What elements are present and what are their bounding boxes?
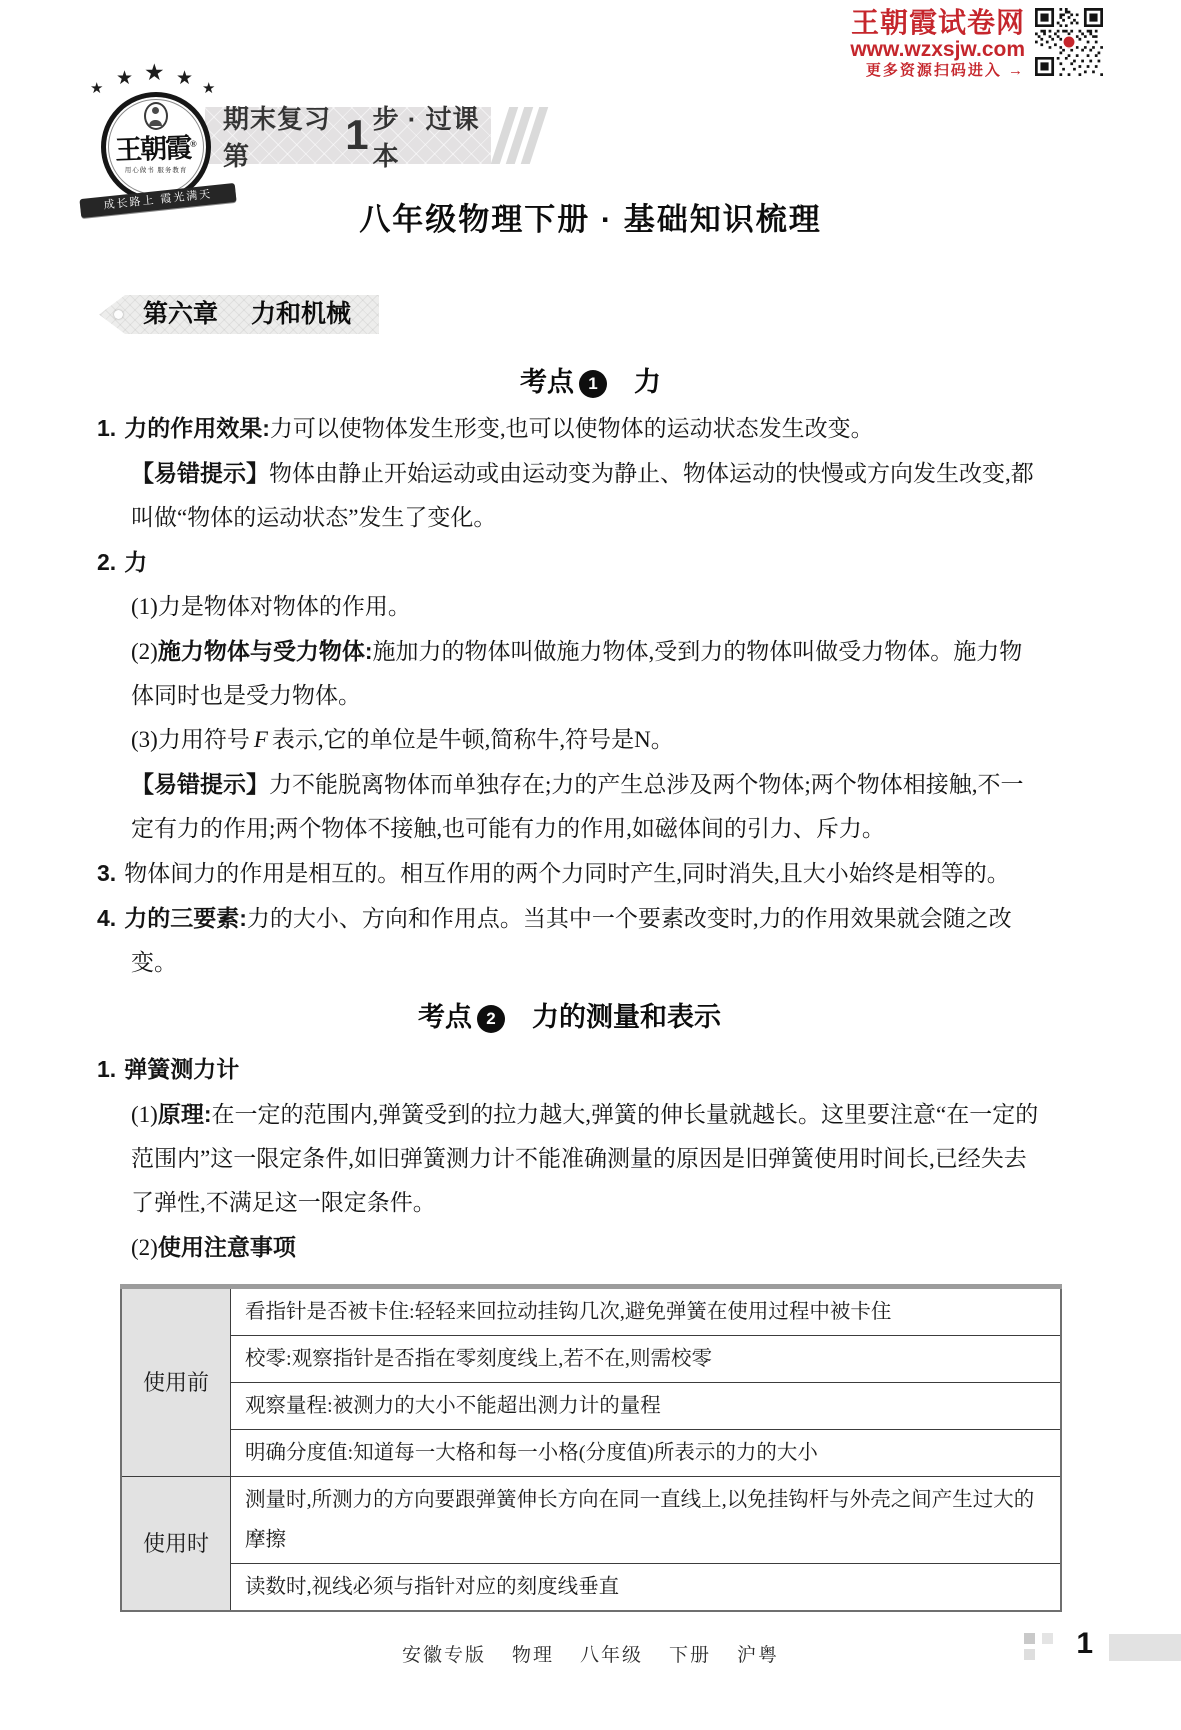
registered-mark: ® [190,139,197,149]
section-heading-kaodian-2: 考点2力的测量和表示 [97,995,1042,1039]
list-item: 4.力的三要素:力的大小、方向和作用点。当其中一个要素改变时,力的作用效果就会随… [97,896,1042,985]
table-cell: 校零:观察指针是否指在零刻度线上,若不在,则需校零 [231,1336,1062,1383]
item-lead: 弹簧测力计 [124,1056,239,1082]
table-cell: 读数时,视线必须与指针对应的刻度线垂直 [231,1564,1062,1612]
chapter-name: 力和机械 [251,300,351,328]
tip-lead: 【易错提示】 [131,771,269,797]
logo-name-text: 王朝霞 [115,133,191,166]
sub-number: (1) [131,594,158,619]
list-item: 1.弹簧测力计 [97,1047,1042,1092]
site-brand: 王朝霞试卷网 www.wzxsjw.com 更多资源扫码进入 → [850,8,1103,80]
table-cell: 观察量程:被测力的大小不能超出测力计的量程 [231,1383,1062,1430]
item-text: 力可以使物体发生形变,也可以使物体的运动状态发生改变。 [270,416,874,441]
page-number-bar [1109,1634,1181,1661]
logo-name: 王朝霞® [105,128,206,165]
banner-step-number: 1 [345,111,369,159]
kaodian-word: 考点 [418,1002,472,1032]
site-url: www.wzxsjw.com [850,38,1025,61]
sub-text: 在一定的范围内,弹簧受到的拉力越大,弹簧的伸长量就越长。这里要注意“在一定的范围… [131,1102,1038,1215]
footer-grade: 八年级 [580,1645,643,1666]
table-cell: 测量时,所测力的方向要跟弹簧伸长方向在同一直线上,以免挂钩杆与外壳之间产生过大的… [231,1477,1062,1564]
item-lead: 力 [124,549,147,575]
footer-volume: 下册 [669,1645,711,1666]
table-group-before-use: 使用前 [121,1287,231,1477]
portrait-icon [144,102,168,130]
banner-suffix: 步 · 过课本 [373,99,491,173]
table-row: 观察量程:被测力的大小不能超出测力计的量程 [121,1383,1061,1430]
kaodian-word: 考点 [520,367,574,397]
item-number: 3. [97,860,116,886]
table-row: 使用前 看指针是否被卡住:轻轻来回拉动挂钩几次,避免弹簧在使用过程中被卡住 [121,1287,1061,1336]
star-icon: ★ [116,69,133,88]
kaodian-title: 力的测量和表示 [532,1002,721,1032]
table-row: 读数时,视线必须与指针对应的刻度线垂直 [121,1564,1061,1612]
table-row: 明确分度值:知道每一大格和每一小格(分度值)所表示的力的大小 [121,1430,1061,1477]
footer-edition-line: 安徽专版物理八年级下册沪粤 [0,1640,1181,1667]
banner-prefix: 期末复习第 [223,99,342,173]
logo-circle: 王朝霞® 用心做书 服务教育 [101,92,211,202]
qr-code-icon [1035,8,1103,76]
item-number: 1. [97,1056,116,1082]
decoration-square [1024,1649,1035,1660]
table-row: 校零:观察指针是否指在零刻度线上,若不在,则需校零 [121,1336,1061,1383]
item-lead: 力的三要素: [124,905,247,931]
sub-item: (3)力用符号F表示,它的单位是牛顿,简称牛,符号是N。 [97,718,1042,762]
content-body: 1.力的作用效果:力可以使物体发生形变,也可以使物体的运动状态发生改变。 【易错… [97,406,1042,1612]
review-step-banner: 期末复习第 1 步 · 过课本 [205,107,491,164]
chapter-label: 第六章 [143,300,218,328]
sub-number: (3) [131,727,158,752]
sub-lead: 原理: [158,1101,212,1127]
site-brand-text: 王朝霞试卷网 www.wzxsjw.com 更多资源扫码进入 → [850,8,1025,80]
list-item: 1.力的作用效果:力可以使物体发生形变,也可以使物体的运动状态发生改变。 [97,406,1042,451]
kaodian-number-badge: 2 [477,1005,505,1033]
item-text: 物体间力的作用是相互的。相互作用的两个力同时产生,同时消失,且大小始终是相等的。 [124,861,1010,886]
star-icon: ★ [90,82,103,97]
table-row: 使用时 测量时,所测力的方向要跟弹簧伸长方向在同一直线上,以免挂钩杆与外壳之间产… [121,1477,1061,1564]
page: 王朝霞试卷网 www.wzxsjw.com 更多资源扫码进入 → 期末复习第 1… [0,0,1181,1730]
sub-lead: 施力物体与受力物体: [158,638,373,664]
logo-motto: 用心做书 服务教育 [106,165,206,174]
page-number: 1 [1076,1627,1093,1661]
tip-paragraph: 【易错提示】物体由静止开始运动或由运动变为静止、物体运动的快慢或方向发生改变,都… [97,451,1042,540]
decoration-square [1024,1633,1035,1644]
list-item: 2.力 [97,540,1042,585]
site-tagline: 更多资源扫码进入 → [850,61,1025,80]
star-icon: ★ [202,82,215,97]
table-cell: 看指针是否被卡住:轻轻来回拉动挂钩几次,避免弹簧在使用过程中被卡住 [231,1287,1062,1336]
tip-paragraph: 【易错提示】力不能脱离物体而单独存在;力的产生总涉及两个物体;两个物体相接触,不… [97,762,1042,851]
sub-text: 表示,它的单位是牛顿,简称牛,符号是N。 [272,727,674,752]
sub-number: (1) [131,1102,158,1127]
decoration-square [1042,1633,1053,1644]
sub-item: (2)施力物体与受力物体:施加力的物体叫做施力物体,受到力的物体叫做受力物体。施… [97,629,1042,718]
section-heading-kaodian-1: 考点1力 [0,360,1181,399]
sub-text: 力用符号 [158,727,250,752]
force-symbol: F [254,727,268,752]
sub-number: (2) [131,1235,158,1260]
item-text: 力的大小、方向和作用点。当其中一个要素改变时,力的作用效果就会随之改变。 [131,906,1012,975]
table-cell: 明确分度值:知道每一大格和每一小格(分度值)所表示的力的大小 [231,1430,1062,1477]
brand-logo-badge: ★ ★ ★ ★ ★ 王朝霞® 用心做书 服务教育 成长路上 霞光满天 [88,60,224,202]
list-item: 3.物体间力的作用是相互的。相互作用的两个力同时产生,同时消失,且大小始终是相等… [97,851,1042,896]
item-number: 1. [97,415,116,441]
tip-lead: 【易错提示】 [131,460,269,486]
star-icon: ★ [176,69,193,88]
star-icon: ★ [144,61,165,84]
sub-item: (2)使用注意事项 [97,1225,1042,1270]
page-number-block: 1 [1011,1630,1181,1664]
item-lead: 力的作用效果: [124,415,270,441]
footer-edition: 安徽专版 [402,1645,486,1666]
sub-lead: 使用注意事项 [158,1234,296,1260]
sub-item: (1)原理:在一定的范围内,弹簧受到的拉力越大,弹簧的伸长量就越长。这里要注意“… [97,1092,1042,1225]
kaodian-number-badge: 1 [579,370,607,398]
item-number: 2. [97,549,116,575]
footer-subject: 物理 [512,1645,554,1666]
sub-item: (1)力是物体对物体的作用。 [97,585,1042,629]
chapter-tag: 第六章 力和机械 [99,295,379,334]
tag-hole-icon [114,310,123,319]
footer-publisher: 沪粤 [737,1645,779,1666]
table-group-during-use: 使用时 [121,1477,231,1612]
site-name: 王朝霞试卷网 [850,8,1025,38]
sub-number: (2) [131,639,158,664]
kaodian-title: 力 [634,367,661,397]
usage-notes-table: 使用前 看指针是否被卡住:轻轻来回拉动挂钩几次,避免弹簧在使用过程中被卡住 校零… [120,1284,1062,1612]
item-number: 4. [97,905,116,931]
sub-text: 力是物体对物体的作用。 [158,594,411,619]
